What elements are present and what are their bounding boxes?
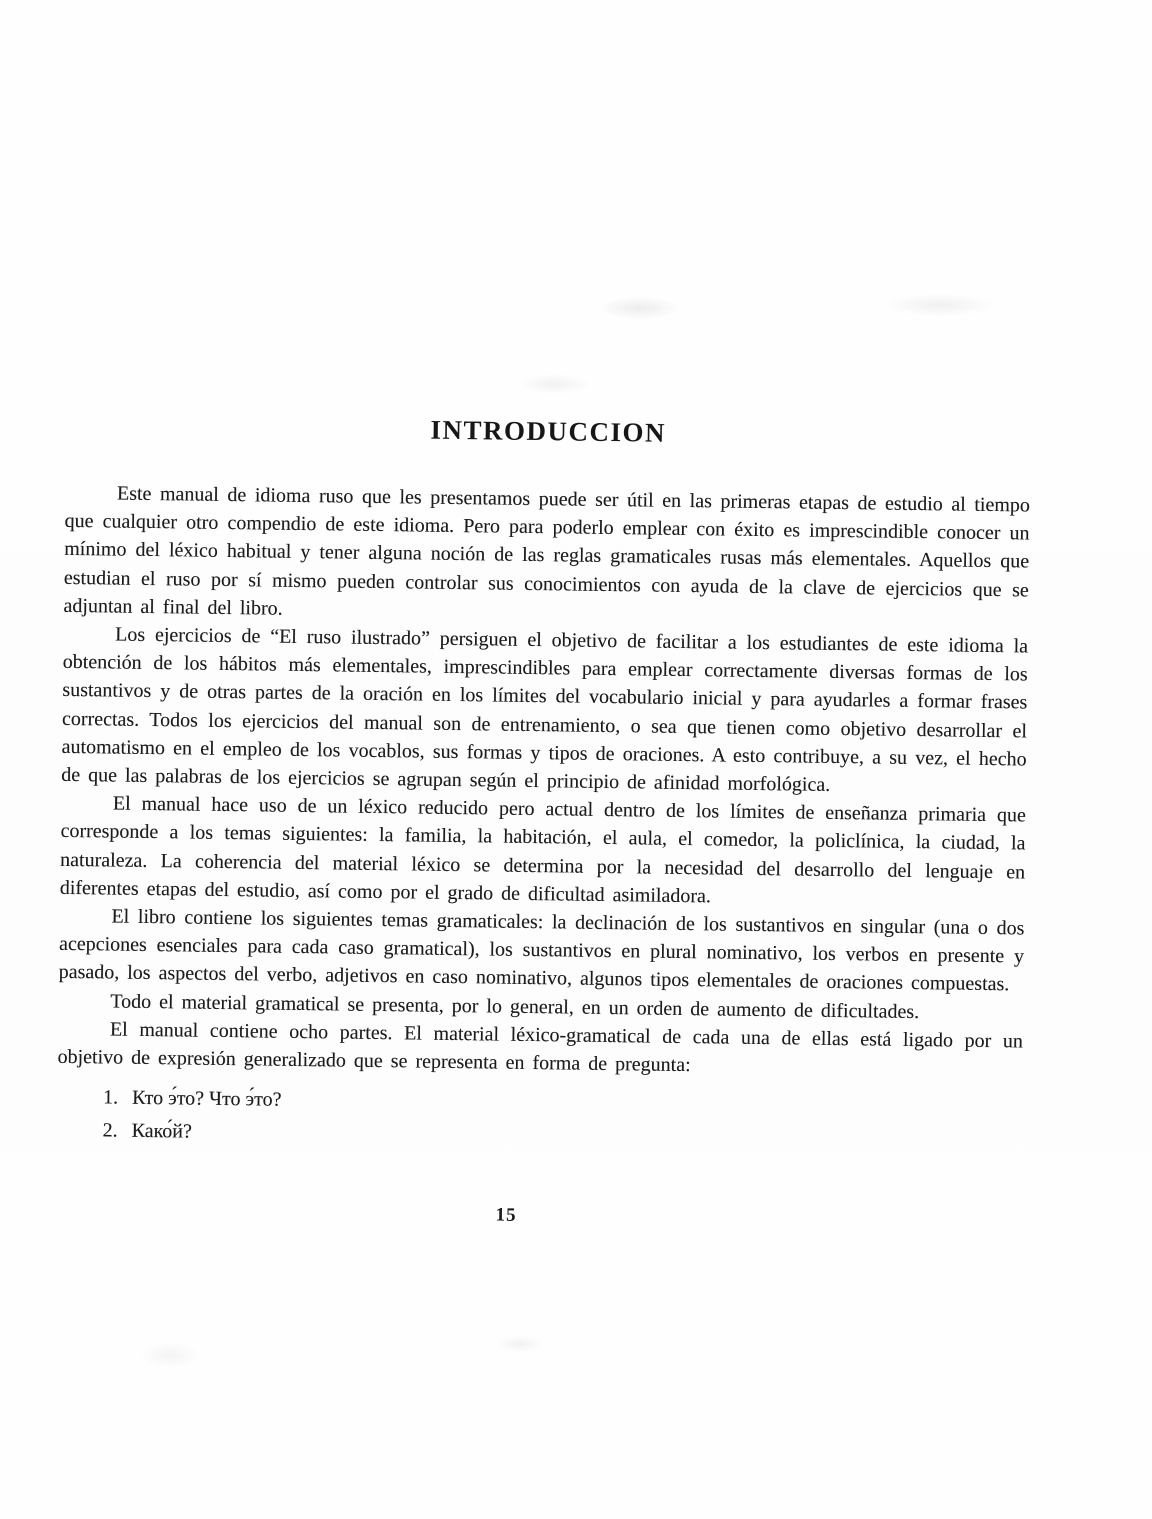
paragraph: Los ejercicios de “El ruso ilustrado” pe…: [61, 620, 1028, 802]
scan-smudge: [140, 1342, 200, 1368]
paragraph: El manual contiene ocho partes. El mater…: [57, 1015, 1023, 1084]
question-list: 1.Кто э́то? Что э́то? 2.Како́й?: [56, 1081, 1022, 1160]
list-item-number: 1.: [103, 1082, 118, 1115]
text-block: INTRODUCCION Este manual de idioma ruso …: [55, 412, 1031, 1234]
list-item-number: 2.: [102, 1115, 117, 1148]
list-item-text: Како́й?: [131, 1120, 192, 1143]
page-title: INTRODUCCION: [66, 412, 1031, 452]
paragraph: Este manual de idioma ruso que les prese…: [63, 479, 1030, 633]
page-number: 15: [23, 1199, 988, 1234]
paragraph: El libro contiene los siguientes temas g…: [58, 902, 1024, 999]
scanned-book-page: INTRODUCCION Este manual de idioma ruso …: [0, 0, 1152, 1519]
scan-smudge: [600, 296, 680, 320]
scan-smudge: [498, 1336, 542, 1352]
list-item-text: Кто э́то? Что э́то?: [132, 1087, 282, 1111]
scan-smudge: [885, 294, 995, 316]
paragraph: El manual hace uso de un léxico reducido…: [60, 789, 1026, 914]
scan-smudge: [520, 374, 590, 394]
